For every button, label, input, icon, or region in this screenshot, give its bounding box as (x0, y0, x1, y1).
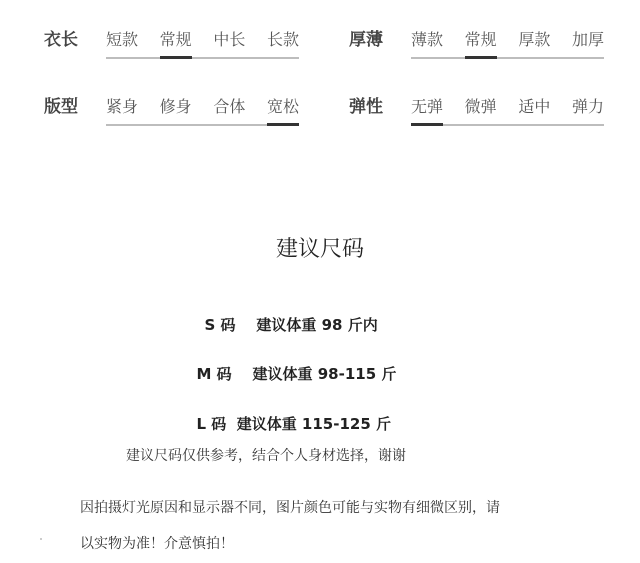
size-label: M 码 (196, 365, 231, 383)
option-tight[interactable]: 紧身 (106, 96, 138, 118)
option-no-stretch[interactable]: 无弹 (411, 96, 443, 118)
size-row-l: L 码 建议体重 115-125 斤 (186, 395, 391, 434)
attr-label: 版型 (44, 96, 106, 118)
option-mid-length[interactable]: 中长 (213, 29, 245, 51)
option-regular[interactable]: 常规 (465, 29, 497, 51)
attr-label: 厚薄 (349, 29, 411, 51)
disclaimer-line-1: 因拍摄灯光原因和显示器不同，图片颜色可能与实物有细微区别，请 (80, 497, 500, 517)
size-row-m: M 码 建议体重 98-115 斤 (186, 345, 396, 384)
attr-thickness: 厚薄 薄款 常规 厚款 加厚 (349, 29, 604, 59)
option-loose[interactable]: 宽松 (267, 96, 299, 118)
option-moderate-stretch[interactable]: 适中 (518, 96, 550, 118)
size-weight: 建议体重 98-115 斤 (253, 365, 397, 383)
attr-fit: 版型 紧身 修身 合体 宽松 (44, 96, 299, 126)
option-regular[interactable]: 常规 (160, 29, 192, 51)
option-stretch[interactable]: 弹力 (572, 96, 604, 118)
option-thin[interactable]: 薄款 (411, 29, 443, 51)
attr-options: 薄款 常规 厚款 加厚 (411, 29, 604, 59)
option-long[interactable]: 长款 (267, 29, 299, 51)
attr-label: 弹性 (349, 96, 411, 118)
size-note: 建议尺码仅供参考，结合个人身材选择，谢谢 (126, 445, 406, 465)
size-weight: 建议体重 98 斤内 (256, 316, 377, 334)
size-row-s: S 码 建议体重 98 斤内 (194, 296, 378, 335)
attr-options: 无弹 微弹 适中 弹力 (411, 96, 604, 126)
size-guide-title: 建议尺码 (0, 232, 640, 263)
option-thick[interactable]: 厚款 (518, 29, 550, 51)
disclaimer-line-2: 以实物为准！介意慎拍！ (80, 533, 234, 553)
option-regular-fit[interactable]: 合体 (213, 96, 245, 118)
option-short[interactable]: 短款 (106, 29, 138, 51)
decorative-dot (40, 538, 42, 540)
attr-elasticity: 弹性 无弹 微弹 适中 弹力 (349, 96, 604, 126)
attr-options: 短款 常规 中长 长款 (106, 29, 299, 59)
attr-options: 紧身 修身 合体 宽松 (106, 96, 299, 126)
option-slight-stretch[interactable]: 微弹 (465, 96, 497, 118)
attr-length: 衣长 短款 常规 中长 长款 (44, 29, 299, 59)
size-label: L 码 (196, 415, 226, 433)
attr-label: 衣长 (44, 29, 106, 51)
option-slim[interactable]: 修身 (160, 96, 192, 118)
size-label: S 码 (204, 316, 235, 334)
option-extra-thick[interactable]: 加厚 (572, 29, 604, 51)
size-weight: 建议体重 115-125 斤 (237, 415, 391, 433)
